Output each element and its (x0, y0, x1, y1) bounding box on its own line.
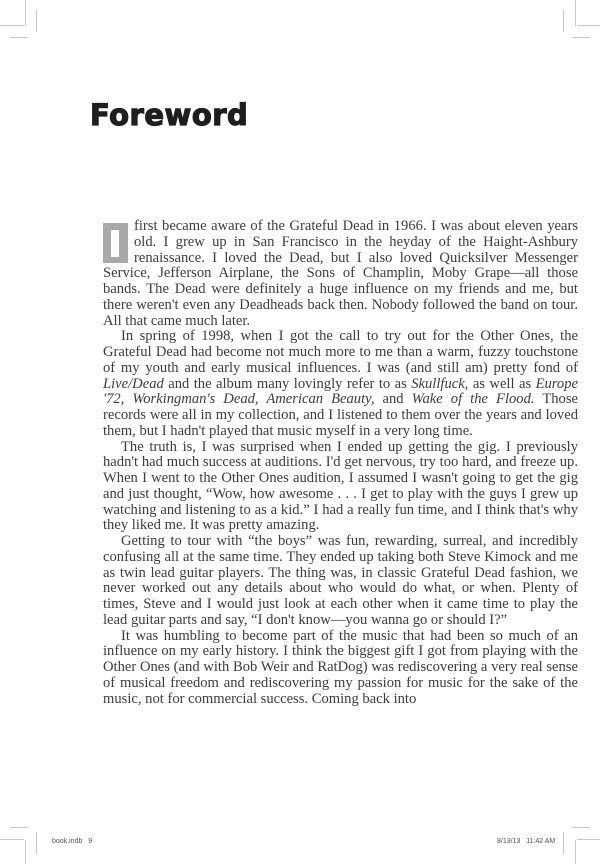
crop-mark-tl-v1 (25, 0, 26, 26)
text-segment: and the album many lovingly refer to as (164, 376, 411, 392)
foreword-body: I first became aware of the Grateful Dea… (103, 219, 578, 707)
text-segment: , as well as (465, 376, 536, 392)
drop-cap-letter-shape (111, 230, 119, 257)
crop-mark-bl-v2 (36, 832, 37, 854)
slug-timestamp: 8/13/13 11:42 AM (497, 838, 555, 845)
crop-mark-br-h2 (572, 827, 590, 828)
drop-cap: I (103, 223, 128, 263)
text-segment: first became aware of the Grateful Dead … (103, 218, 578, 329)
crop-mark-bl-h1 (0, 839, 24, 840)
paragraph-4: Getting to tour with “the boys” was fun,… (103, 534, 578, 629)
crop-mark-tr-h2 (572, 37, 590, 38)
album-title: Wake of the Flood. (412, 391, 535, 407)
crop-mark-br-v1 (575, 840, 576, 864)
crop-mark-br-h1 (577, 839, 600, 840)
crop-mark-tr-v2 (563, 10, 564, 32)
crop-mark-tl-h2 (10, 37, 28, 38)
text-segment: The truth is, I was surprised when I end… (103, 439, 578, 534)
page-title: Foreword (90, 98, 248, 132)
crop-mark-bl-h2 (10, 827, 28, 828)
text-segment: It was humbling to become part of the mu… (103, 628, 578, 707)
crop-mark-br-v2 (563, 832, 564, 854)
paragraph-3: The truth is, I was surprised when I end… (103, 440, 578, 535)
crop-mark-tr-v1 (575, 0, 576, 26)
paragraph-2: In spring of 1998, when I got the call t… (103, 329, 578, 439)
paragraph-5: It was humbling to become part of the mu… (103, 629, 578, 708)
crop-mark-tl-h1 (0, 25, 24, 26)
paragraph-1: I first became aware of the Grateful Dea… (103, 219, 578, 329)
slug-file-label: book.indb 9 (52, 838, 92, 845)
crop-mark-bl-v1 (25, 840, 26, 864)
album-title: Skullfuck (411, 376, 465, 392)
text-segment: and (374, 391, 411, 407)
album-title: Live/Dead (103, 376, 164, 392)
drop-cap-glyph: I (103, 223, 104, 224)
crop-mark-tr-h1 (577, 25, 600, 26)
crop-mark-tl-v2 (36, 10, 37, 32)
text-segment: Getting to tour with “the boys” was fun,… (103, 533, 578, 628)
text-segment: In spring of 1998, when I got the call t… (103, 328, 578, 376)
